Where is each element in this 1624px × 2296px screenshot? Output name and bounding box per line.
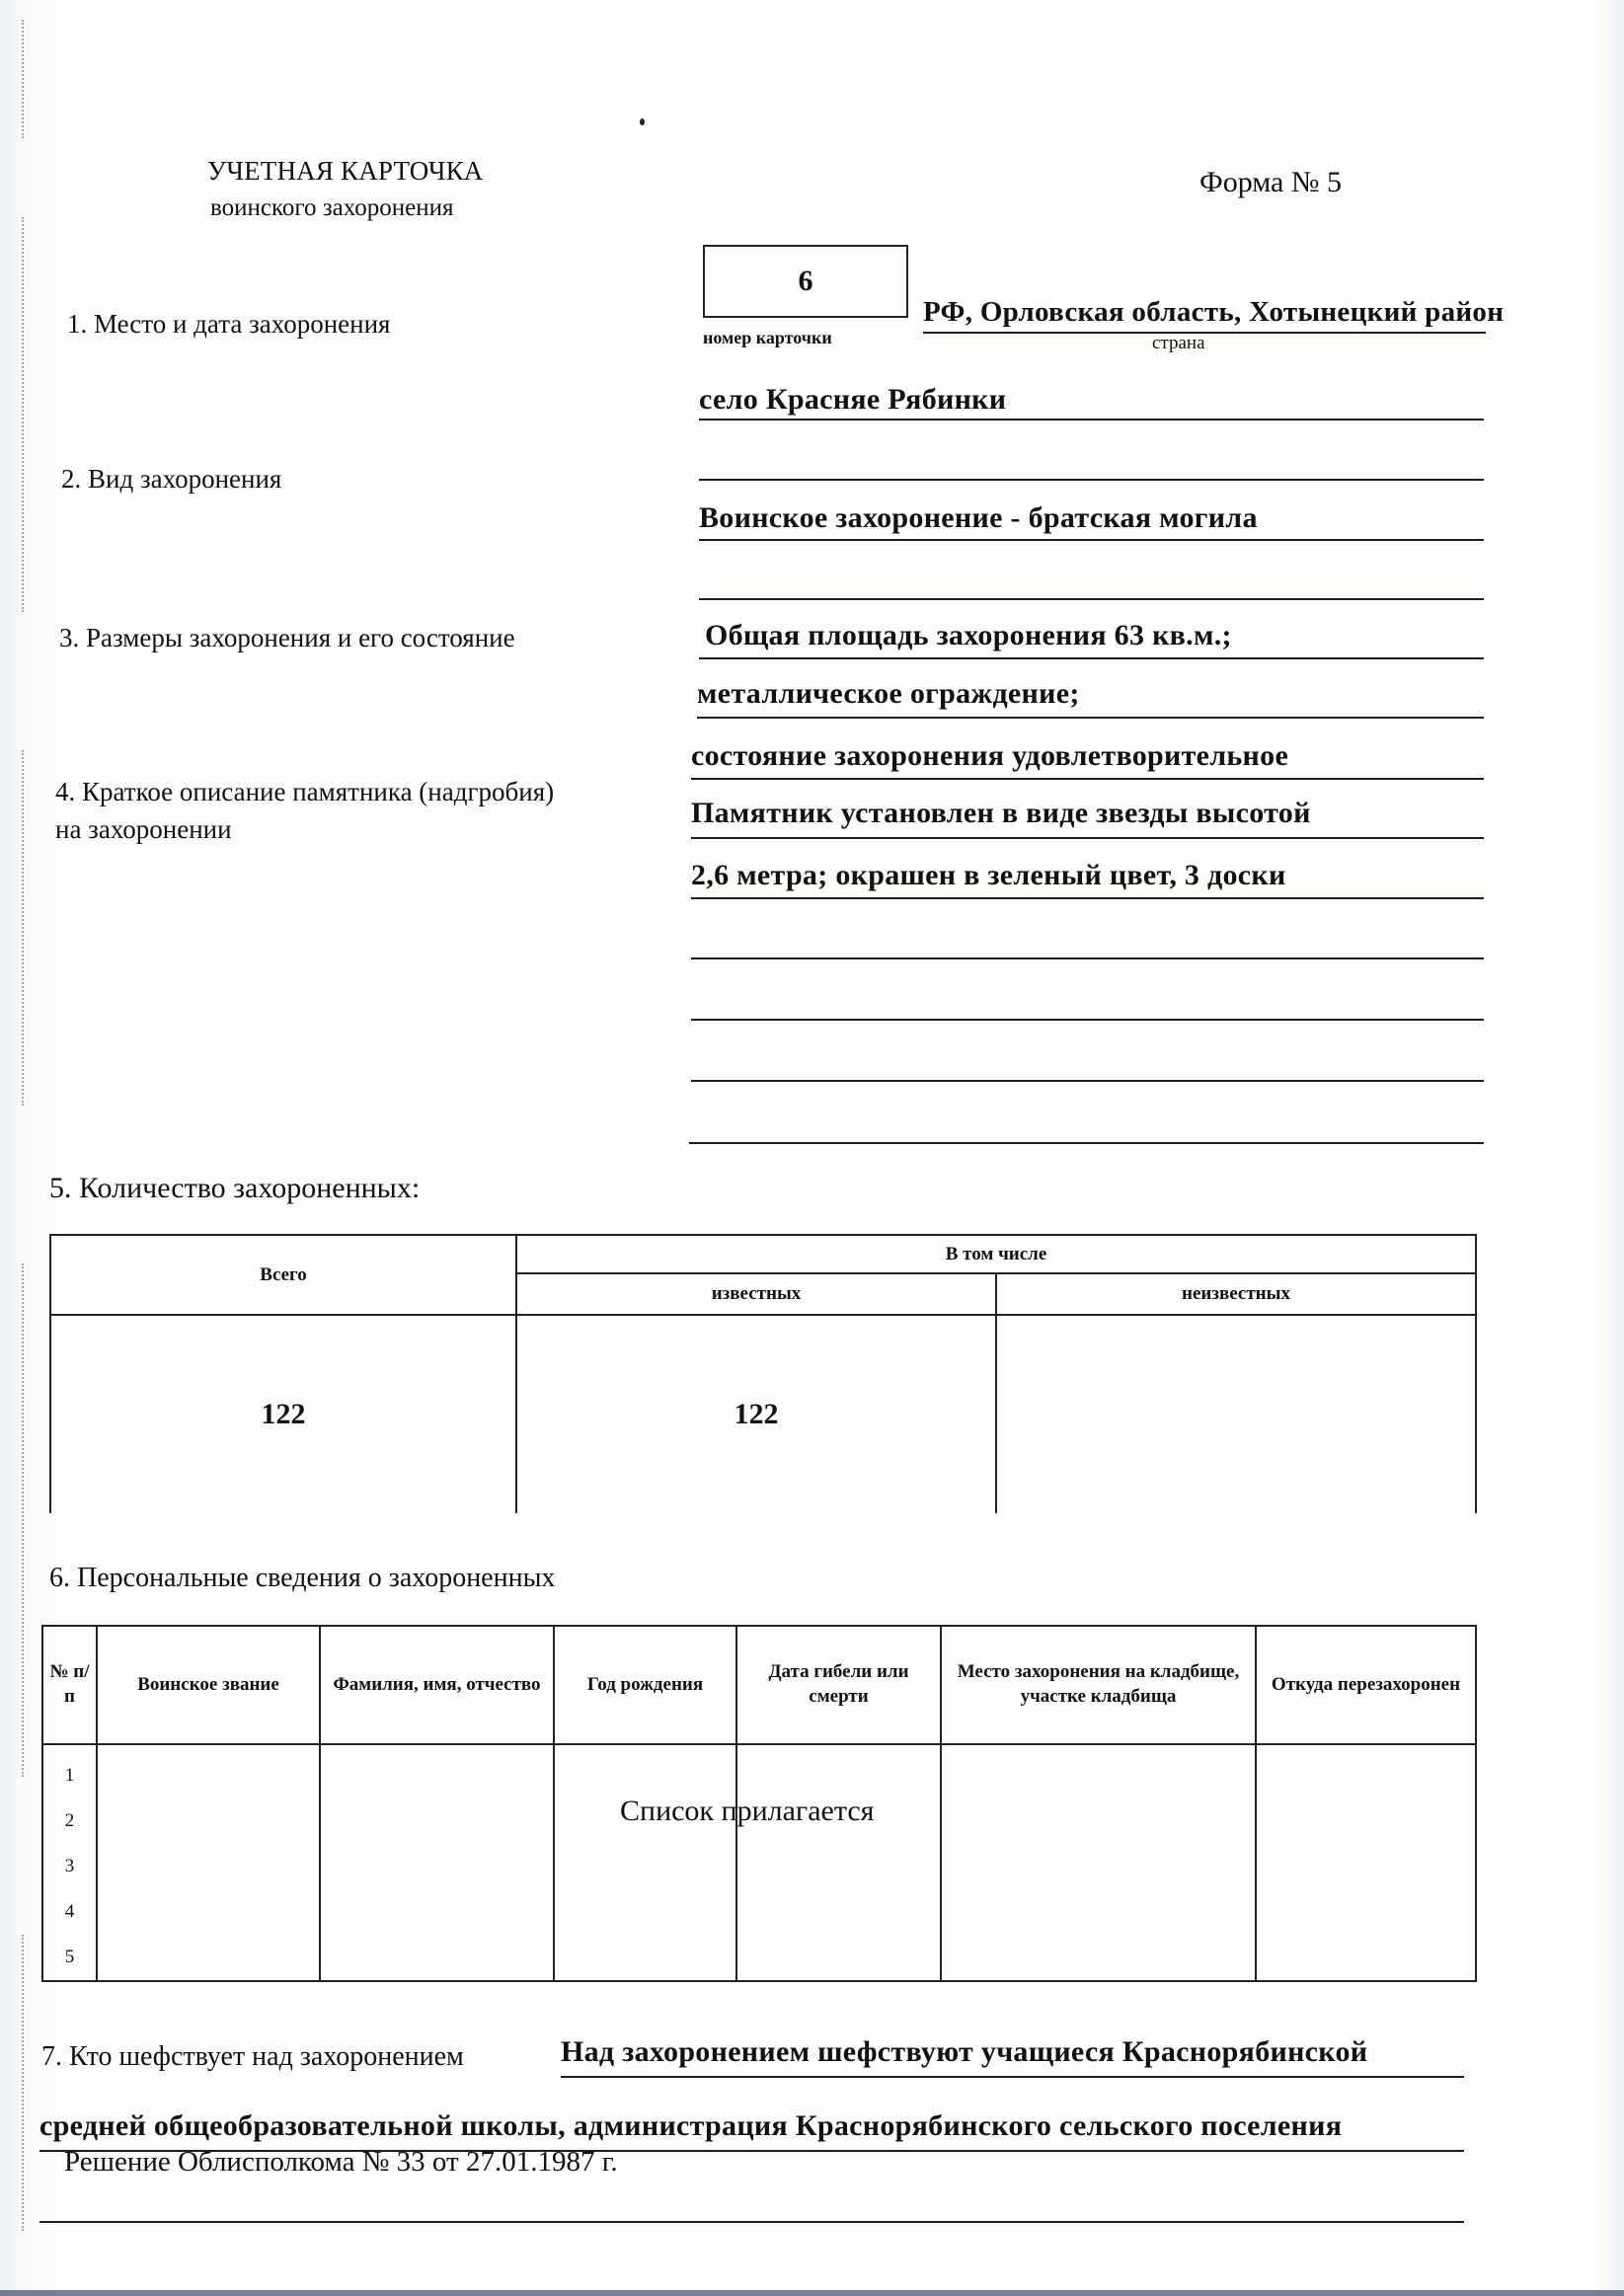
table-row: 3 — [42, 1844, 1476, 1889]
row-number: 2 — [42, 1799, 97, 1844]
row-number: 5 — [42, 1935, 97, 1981]
table-row: 1 — [42, 1744, 1476, 1799]
burial-count-table: Всего В том числе известных неизвестных … — [49, 1234, 1477, 1513]
section7-line — [561, 2076, 1464, 2078]
section4-line — [691, 1080, 1484, 1082]
section7-label: 7. Кто шефствует над захоронением — [41, 2041, 464, 2073]
header-including: В том числе — [516, 1235, 1476, 1273]
card-number: 6 — [799, 265, 813, 298]
table-row: 4 — [42, 1889, 1476, 1935]
perforation-marks — [22, 1935, 28, 2231]
value-known: 122 — [516, 1315, 996, 1513]
section7-line — [39, 2221, 1464, 2223]
section3-line-2: металлическое ограждение; — [697, 677, 1080, 711]
header-total: Всего — [50, 1235, 516, 1315]
table-row: 5 — [42, 1935, 1476, 1981]
perforation-marks — [22, 20, 28, 138]
section3-line — [697, 717, 1484, 719]
col-birth-year: Год рождения — [554, 1626, 736, 1744]
section1-line — [699, 419, 1484, 421]
section4-label: 4. Краткое описание памятника (надгробия… — [55, 777, 554, 807]
document-subtitle: воинского захоронения — [210, 194, 454, 222]
value-total: 122 — [50, 1315, 516, 1513]
section1-locality: село Красняе Рябинки — [699, 383, 1006, 417]
section4-line-1: Памятник установлен в виде звезды высото… — [691, 797, 1311, 830]
col-burial-place: Место захоронения на кладбище, участке к… — [941, 1626, 1256, 1744]
section3-line — [699, 657, 1484, 659]
section4-label-cont: на захоронении — [55, 814, 232, 845]
section1-line — [699, 479, 1484, 481]
perforation-marks — [22, 1263, 28, 1777]
section1-country-region: РФ, Орловская область, Хотынецкий район — [923, 296, 1504, 329]
perforation-marks — [22, 217, 28, 612]
section4-line — [689, 1142, 1484, 1144]
section4-line-2: 2,6 метра; окрашен в зеленый цвет, 3 дос… — [691, 859, 1286, 892]
section3-line-1: Общая площадь захоронения 63 кв.м.; — [705, 619, 1232, 652]
section2-line — [699, 539, 1484, 541]
col-number: № п/п — [42, 1626, 97, 1744]
col-reburied-from: Откуда перезахоронен — [1256, 1626, 1476, 1744]
row-number: 4 — [42, 1889, 97, 1935]
section2-line — [699, 598, 1484, 600]
col-full-name: Фамилия, имя, отчество — [320, 1626, 554, 1744]
row-number: 3 — [42, 1844, 97, 1889]
scan-edge-bottom — [0, 2290, 1624, 2296]
form-number: Форма № 5 — [1199, 166, 1342, 199]
document-title: УЧЕТНАЯ КАРТОЧКА — [207, 156, 483, 187]
section4-line — [691, 1019, 1484, 1021]
section2-value: Воинское захоронение - братская могила — [699, 501, 1258, 535]
section3-line — [691, 778, 1484, 780]
col-rank: Воинское звание — [97, 1626, 320, 1744]
scan-speck — [640, 118, 645, 125]
header-unknown: неизвестных — [996, 1273, 1476, 1315]
list-attached-note: Список прилагается — [620, 1795, 874, 1828]
section4-line — [691, 897, 1484, 899]
country-caption: страна — [1152, 333, 1205, 354]
card-number-box: 6 — [703, 245, 908, 318]
section3-line-3: состояние захоронения удовлетворительное — [691, 739, 1288, 773]
section3-label: 3. Размеры захоронения и его состояние — [59, 623, 515, 653]
col-death-date: Дата гибели или смерти — [736, 1626, 941, 1744]
scan-edge-right — [1596, 0, 1624, 2296]
section4-line — [691, 957, 1484, 959]
decision-reference: Решение Облисполкома № 33 от 27.01.1987 … — [64, 2146, 618, 2179]
row-number: 1 — [42, 1744, 97, 1799]
value-unknown — [996, 1315, 1476, 1513]
section7-value-line-1: Над захоронением шефствуют учащиеся Крас… — [561, 2035, 1367, 2069]
section5-label: 5. Количество захороненных: — [49, 1172, 420, 1205]
section4-line — [691, 837, 1484, 839]
section2-label: 2. Вид захоронения — [61, 464, 281, 495]
section1-label: 1. Место и дата захоронения — [67, 309, 390, 340]
section6-label: 6. Персональные сведения о захороненных — [49, 1563, 555, 1594]
section7-value-line-2: средней общеобразовательной школы, админ… — [39, 2109, 1342, 2143]
perforation-marks — [22, 750, 28, 1106]
header-known: известных — [516, 1273, 996, 1315]
card-number-caption: номер карточки — [703, 328, 832, 348]
